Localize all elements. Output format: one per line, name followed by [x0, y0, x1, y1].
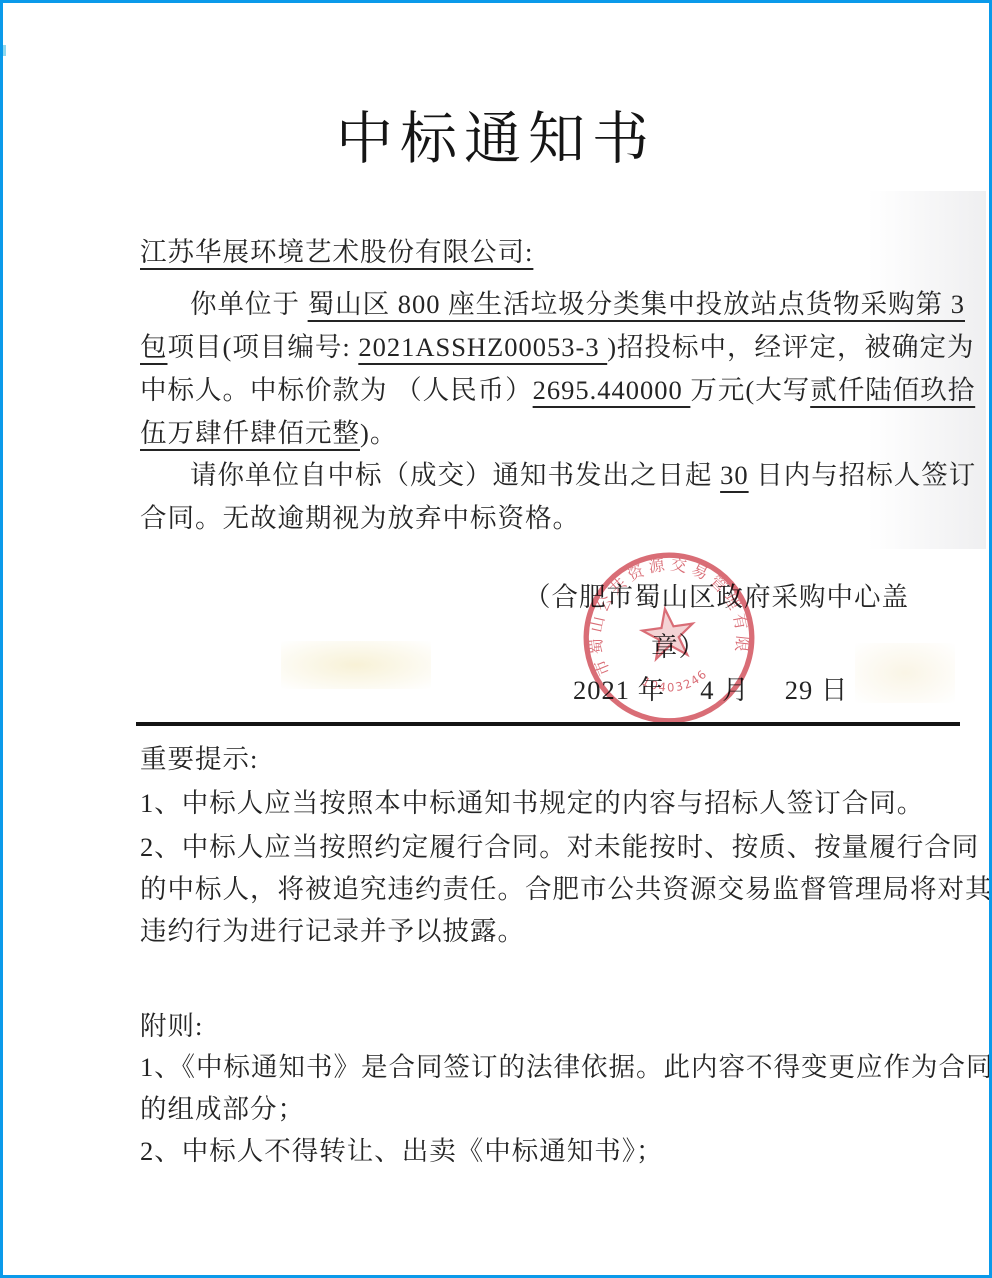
signature-org-line-1: （合肥市蜀山区政府采购中心盖 [524, 581, 909, 614]
project-name-continued: 包 [140, 332, 168, 362]
award-l3-text-1: 中标人。中标价款为 （人民币） [140, 375, 533, 405]
scan-smudge-artifact [855, 643, 955, 703]
award-paragraph-line-2: 包项目(项目编号: 2021ASSHZ00053-3 )招投标中，经评定，被确定… [140, 331, 975, 364]
appendix-item-1-line-1: 1、《中标通知书》是合同签订的法律依据。此内容不得变更应作为合同 [140, 1051, 992, 1084]
contract-l1-text-1: 请你单位自中标（成交）通知书发出之日起 [190, 460, 720, 490]
award-l2-text-2: )招投标中，经评定，被确定为 [607, 332, 974, 362]
notice-item-2-line-1: 2、中标人应当按照约定履行合同。对未能按时、按质、按量履行合同 [140, 831, 979, 864]
document-title: 中标通知书 [3, 93, 989, 175]
project-name-value: 蜀山区 800 座生活垃圾分类集中投放站点货物采购第 3 [308, 289, 965, 319]
appendix-item-2: 2、中标人不得转让、出卖《中标通知书》； [140, 1135, 664, 1168]
appendix-heading: 附则: [140, 1010, 203, 1043]
scanned-document-page: 中标通知书 江苏华展环境艺术股份有限公司: 你单位于 蜀山区 800 座生活垃圾… [0, 0, 992, 1278]
notice-item-2-line-3: 违约行为进行记录并予以披露。 [140, 915, 525, 948]
scan-shading-artifact [868, 191, 986, 549]
notice-item-1: 1、中标人应当按照本中标通知书规定的内容与招标人签订合同。 [140, 787, 924, 820]
days-value: 30 [720, 460, 749, 490]
appendix-item-1-line-2: 的组成部分； [140, 1093, 305, 1126]
addressee-line: 江苏华展环境艺术股份有限公司: [140, 236, 533, 269]
award-l4-text: )。 [360, 418, 397, 448]
award-paragraph-line-3: 中标人。中标价款为 （人民币）2695.440000 万元(大写贰仟陆佰玖拾 [140, 374, 975, 407]
section-divider-rule [136, 722, 960, 726]
award-paragraph-line-1: 你单位于 蜀山区 800 座生活垃圾分类集中投放站点货物采购第 3 [140, 288, 965, 321]
award-l3-text-2: 万元(大写 [690, 375, 810, 405]
contract-l1-text-2: 日内与招标人签订 [749, 460, 977, 490]
signature-org-line-2: 章） [651, 631, 706, 664]
bid-price-numeric-value: 2695.440000 [533, 375, 691, 405]
notice-heading: 重要提示: [140, 743, 258, 776]
contract-paragraph-line-2: 合同。无故逾期视为放弃中标资格。 [140, 502, 580, 535]
bid-price-words-value-part2: 伍万肆仟肆佰元整 [140, 418, 360, 448]
notice-item-2-line-2: 的中标人，将被追究违约责任。合肥市公共资源交易监督管理局将对其 [140, 873, 992, 906]
award-l1-text: 你单位于 [190, 289, 308, 319]
signature-date: 2021 年 4 月 29 日 [573, 674, 848, 707]
contract-paragraph-line-1: 请你单位自中标（成交）通知书发出之日起 30 日内与招标人签订 [140, 459, 976, 492]
award-paragraph-line-4: 伍万肆仟肆佰元整)。 [140, 417, 397, 450]
award-l2-text-1: 项目(项目编号: [168, 332, 359, 362]
scan-border-notch-artifact [3, 45, 6, 56]
project-number-value: 2021ASSHZ00053-3 [358, 332, 607, 362]
addressee-company-name: 江苏华展环境艺术股份有限公司: [140, 237, 533, 267]
scan-smudge-artifact [281, 641, 431, 689]
bid-price-words-value-part1: 贰仟陆佰玖拾 [810, 375, 975, 405]
